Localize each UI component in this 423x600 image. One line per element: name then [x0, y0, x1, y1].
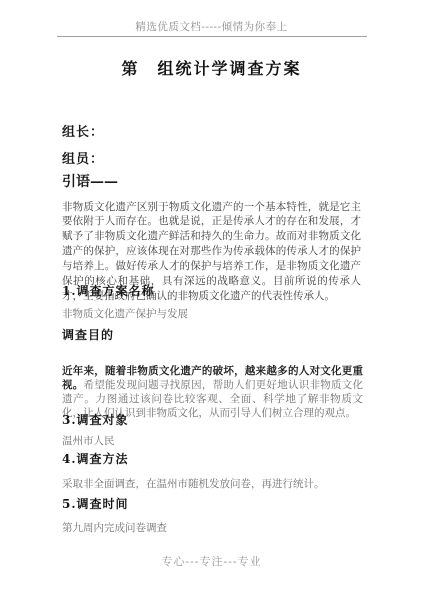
- section-heading-survey-purpose: 调查目的: [62, 326, 114, 343]
- section-body-survey-name: 非物质文化遗产保护与发展: [62, 306, 188, 321]
- section-body-survey-method: 采取非全面调查，在温州市随机发放问卷，再进行统计。: [62, 476, 325, 491]
- section-body-survey-time: 第九周内完成问卷调查: [62, 520, 167, 535]
- section-heading-survey-method: 4.调查方法: [62, 450, 129, 467]
- header-divider: [57, 36, 367, 37]
- section-heading-survey-time: 5.调查时间: [62, 495, 129, 512]
- group-leader-label: 组长：: [62, 121, 104, 140]
- document-page: 精选优质文档-----倾情为你奉上 第 组统计学调查方案 组长： 组员： 引语—…: [0, 0, 423, 600]
- section-heading-survey-name: 1.调查方案名称: [62, 282, 155, 299]
- running-header: 精选优质文档-----倾情为你奉上: [0, 19, 423, 34]
- section-heading-survey-target: 3.调查对象: [62, 411, 129, 428]
- document-title: 第 组统计学调查方案: [0, 56, 423, 79]
- group-member-label: 组员：: [62, 148, 104, 167]
- page-footer: 专心---专注---专业: [0, 553, 423, 569]
- section-body-survey-target: 温州市人民: [62, 433, 115, 448]
- intro-heading: 引语——: [62, 171, 118, 191]
